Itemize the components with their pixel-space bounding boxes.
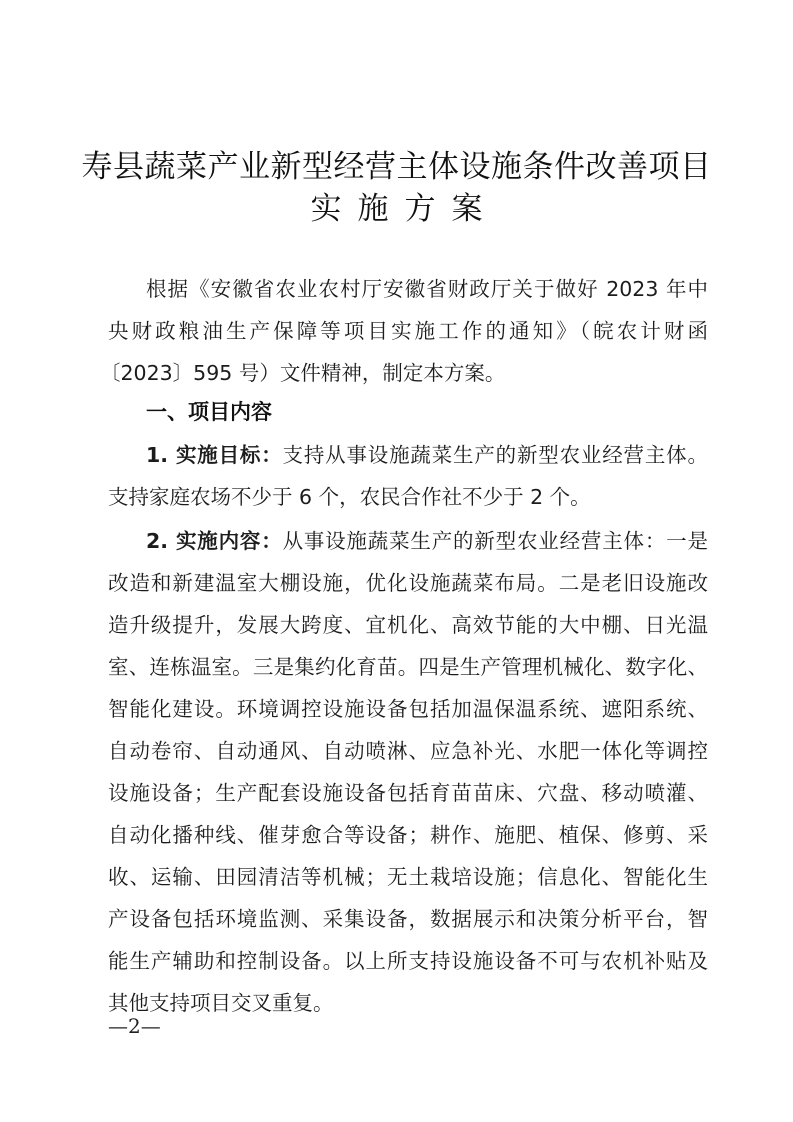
- item2-line: 能生产辅助和控制设备。以上所支持设施设备不可与农机补贴及: [108, 944, 708, 974]
- intro-line: 根据《安徽省农业农村厅安徽省财政厅关于做好 2023 年中: [146, 272, 708, 302]
- item1-first-line: 1. 实施目标：支持从事设施蔬菜生产的新型农业经营主体。: [146, 438, 708, 468]
- intro-line: 央财政粮油生产保障等项目实施工作的通知》（皖农计财函: [108, 314, 708, 344]
- item1-line: 支持家庭农场不少于 6 个，农民合作社不少于 2 个。: [108, 480, 708, 510]
- item2-line: 设施设备；生产配套设施设备包括育苗苗床、穴盘、移动喷灌、: [108, 776, 708, 806]
- document-subtitle: 实施方案: [0, 183, 793, 228]
- item2-lead: 2. 实施内容：: [146, 529, 283, 553]
- item2-line: 自动化播种线、催芽愈合等设备；耕作、施肥、植保、修剪、采: [108, 818, 708, 848]
- item2-line: 室、连栋温室。三是集约化育苗。四是生产管理机械化、数字化、: [108, 650, 708, 680]
- item2-line: 造升级提升，发展大跨度、宜机化、高效节能的大中棚、日光温: [108, 608, 708, 638]
- section-heading: 一、项目内容: [146, 396, 272, 426]
- item1-lead: 1. 实施目标：: [146, 443, 283, 467]
- item2-line: 改造和新建温室大棚设施，优化设施蔬菜布局。二是老旧设施改: [108, 566, 708, 596]
- item1-text: 支持从事设施蔬菜生产的新型农业经营主体。: [283, 443, 708, 467]
- item2-line: 收、运输、田园清洁等机械；无土栽培设施；信息化、智能化生: [108, 860, 708, 890]
- item2-line: 产设备包括环境监测、采集设备，数据展示和决策分析平台，智: [108, 902, 708, 932]
- page-number: —2—: [108, 1014, 161, 1038]
- intro-line: 〔2023〕595 号）文件精神，制定本方案。: [100, 356, 700, 386]
- item2-line: 自动卷帘、自动通风、自动喷淋、应急补光、水肥一体化等调控: [108, 734, 708, 764]
- item2-line: 智能化建设。环境调控设施设备包括加温保温系统、遮阳系统、: [108, 692, 708, 722]
- item2-first-line: 2. 实施内容：从事设施蔬菜生产的新型农业经营主体：一是: [146, 524, 708, 554]
- item2-text: 从事设施蔬菜生产的新型农业经营主体：一是: [283, 529, 708, 553]
- item2-line: 其他支持项目交叉重复。: [108, 986, 708, 1016]
- document-title: 寿县蔬菜产业新型经营主体设施条件改善项目: [0, 141, 793, 186]
